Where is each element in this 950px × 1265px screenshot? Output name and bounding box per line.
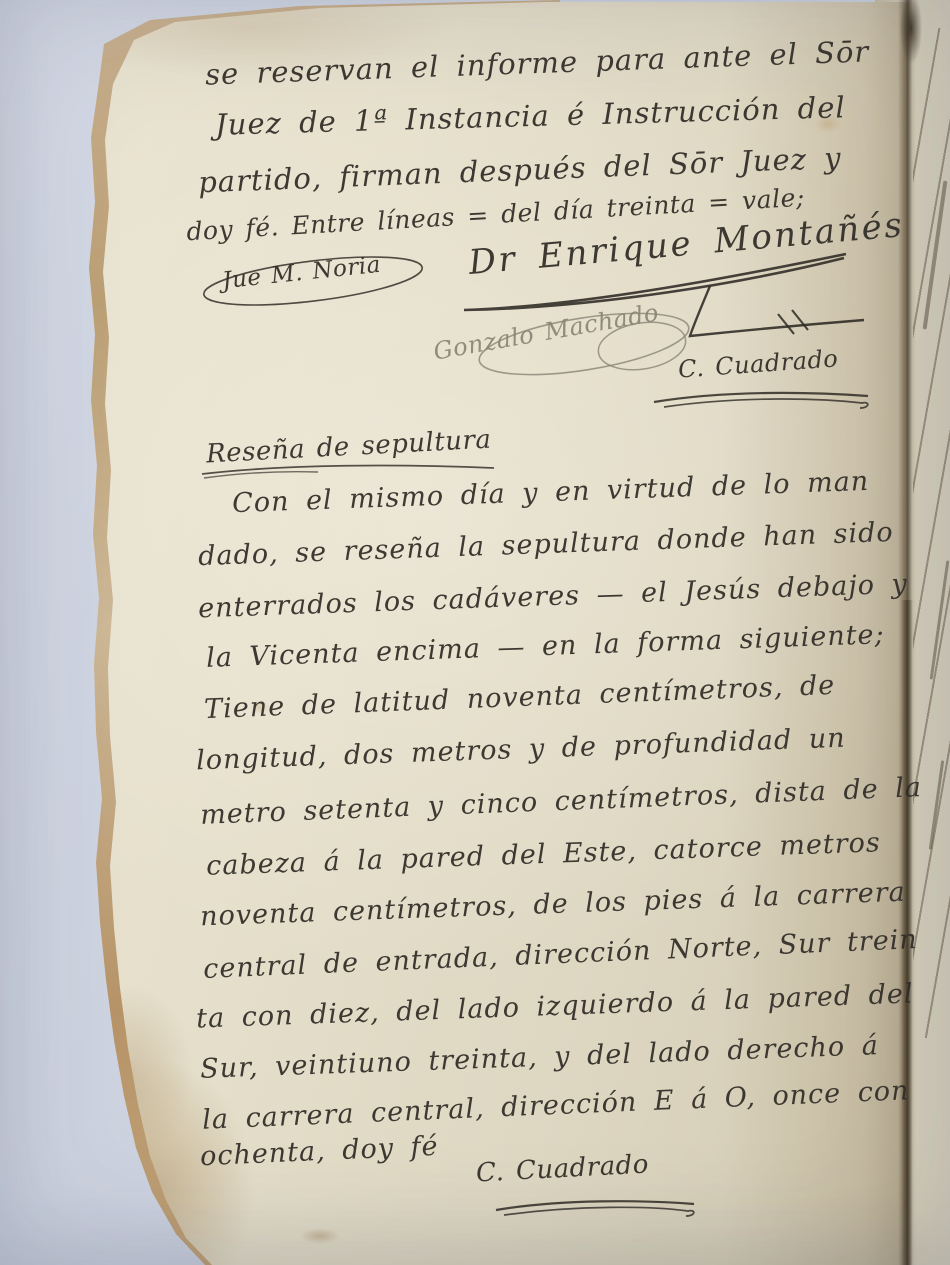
section-heading-underline <box>198 462 498 480</box>
adjacent-page-ruled-lines <box>913 28 950 1038</box>
foxing-spot <box>300 1228 340 1244</box>
closing-signature-flourish <box>492 1194 702 1220</box>
clerk-signature-flourish <box>648 384 876 412</box>
photograph-of-manuscript: se reservan el informe para ante el Sōr … <box>0 0 950 1265</box>
binding-crease-notch <box>900 0 922 64</box>
